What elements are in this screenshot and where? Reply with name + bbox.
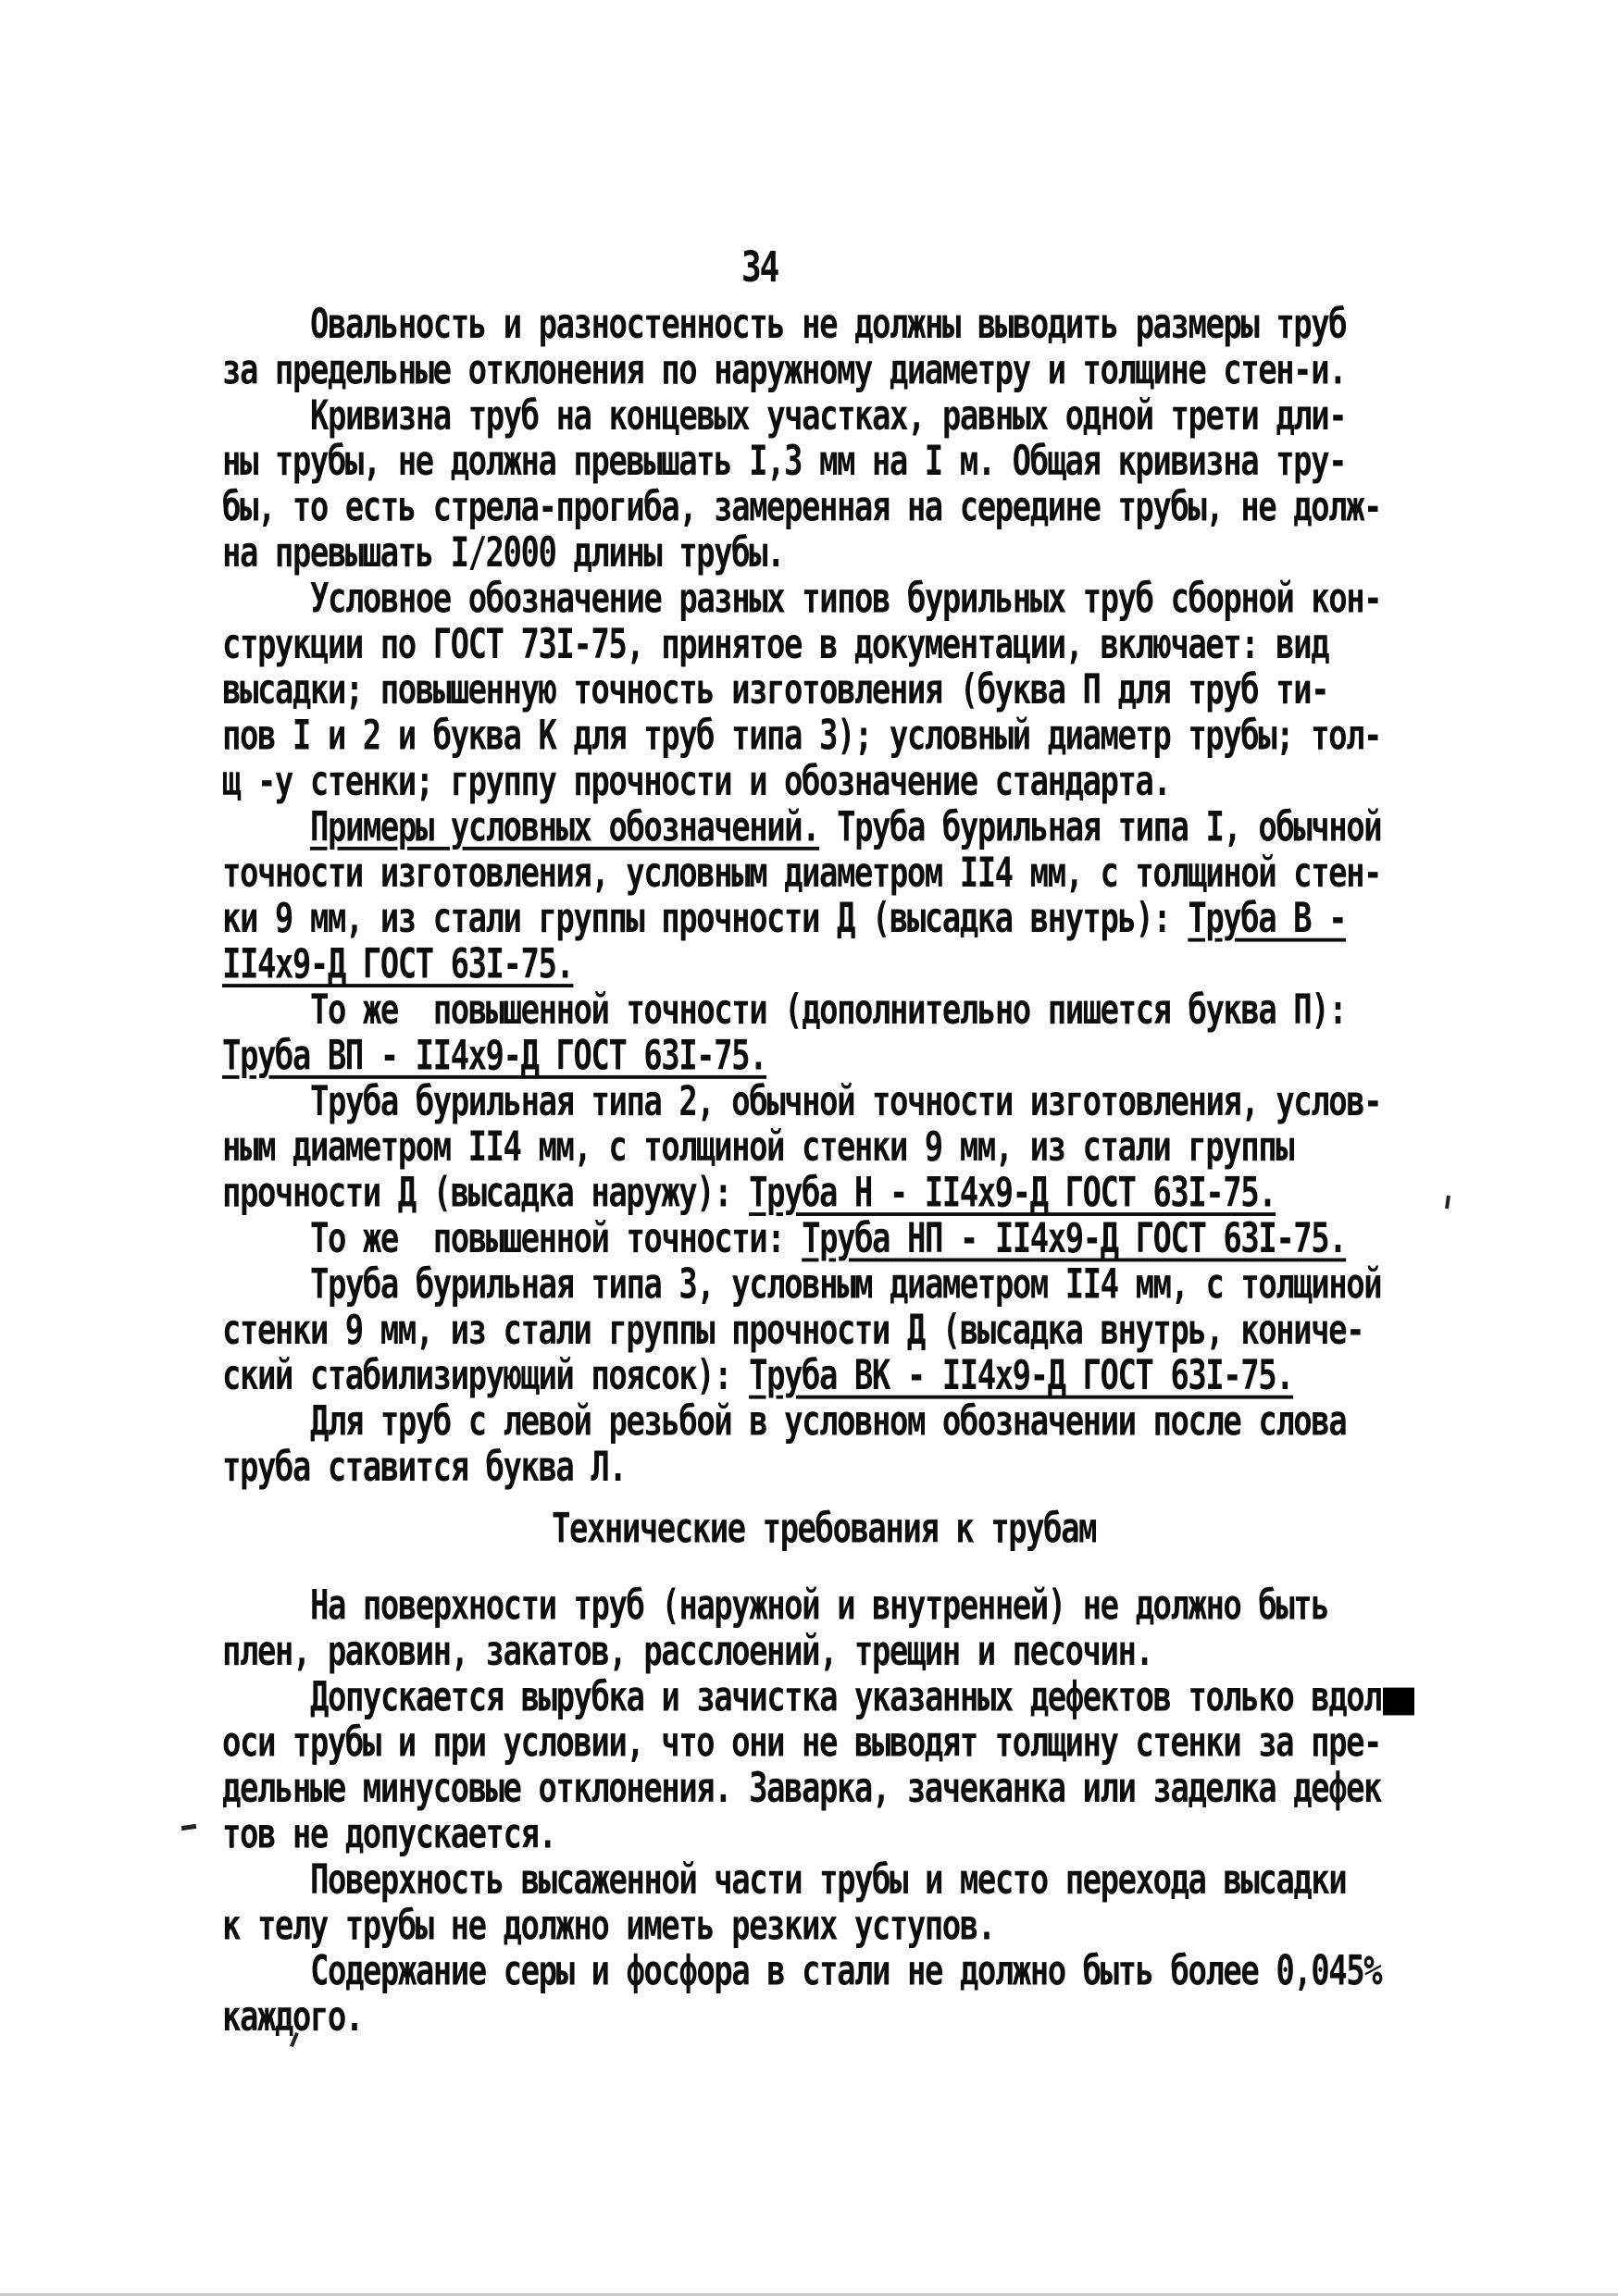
text-line: Труба бурильная типа 3, условным диаметр…: [222, 1261, 1425, 1307]
text-segment: Поверхность высаженной части трубы и мес…: [310, 1856, 1346, 1905]
underlined-designation: Труба Н - II4х9-Д ГОСТ 63I-75.: [749, 1169, 1276, 1217]
text-line: Условное обозначение разных типов буриль…: [222, 576, 1425, 621]
scan-artifact-stray-dash: [181, 1824, 197, 1831]
text-segment: дельные минусовые отклонения. Заварка, з…: [222, 1765, 1381, 1813]
text-line: щ -у стенки; группу прочности и обозначе…: [222, 759, 1425, 804]
page-number: 34: [741, 244, 778, 292]
text-segment: бы, то есть стрела-прогиба, замеренная н…: [222, 483, 1381, 531]
text-segment: труба ставится буква Л.: [222, 1444, 626, 1492]
text-line: точности изготовления, условным диаметро…: [222, 850, 1425, 896]
text-line: плен, раковин, закатов, расслоений, трещ…: [222, 1629, 1425, 1674]
text-line: Допускается вырубка и зачистка указанных…: [222, 1674, 1425, 1719]
text-line: ным диаметром II4 мм, с толщиной стенки …: [222, 1124, 1425, 1170]
text-segment: Труба бурильная типа 3, условным диаметр…: [310, 1260, 1381, 1309]
text-segment: На поверхности труб (наружной и внутренн…: [310, 1582, 1328, 1630]
paragraph: Кривизна труб на концевых участках, равн…: [222, 393, 1425, 577]
text-segment: ным диаметром II4 мм, с толщиной стенки …: [222, 1123, 1293, 1172]
text-line: прочности Д (высадка наружу): Труба Н - …: [222, 1171, 1425, 1216]
text-segment: Овальность и разностенность не должны вы…: [310, 301, 1346, 349]
paragraph: Условное обозначение разных типов буриль…: [222, 576, 1425, 804]
text-line: ки 9 мм, из стали группы прочности Д (вы…: [222, 896, 1425, 941]
section-heading: Технические требования к трубам: [222, 1506, 1425, 1551]
text-segment: Для труб с левой резьбой в условном обоз…: [310, 1397, 1346, 1446]
text-line: бы, то есть стрела-прогиба, замеренная н…: [222, 485, 1425, 530]
text-segment: на превышать I/2000 длины трубы.: [222, 529, 784, 577]
text-line: каждого.: [222, 1994, 1425, 2040]
text-segment: Допускается вырубка и зачистка указанных…: [310, 1673, 1381, 1721]
text-line: Овальность и разностенность не должны вы…: [222, 302, 1425, 347]
text-line: стенки 9 мм, из стали группы прочности Д…: [222, 1308, 1425, 1353]
text-segment: за предельные отклонения по наружному ди…: [222, 346, 1346, 394]
paragraph: То же повышенной точности (дополнительно…: [222, 987, 1425, 1079]
text-segment: прочности Д (высадка наружу):: [222, 1169, 749, 1217]
text-line: труба ставится буква Л.: [222, 1445, 1425, 1490]
paragraph: Примеры условных обозначений. Труба бури…: [222, 804, 1425, 987]
underlined-designation: Примеры условных обозначений.: [310, 803, 819, 851]
text-segment: высадки; повышенную точность изготовлени…: [222, 666, 1328, 714]
underlined-designation: II4х9-Д ГОСТ 63I-75.: [222, 940, 573, 988]
paragraph: Овальность и разностенность не должны вы…: [222, 302, 1425, 393]
paragraph: Поверхность высаженной части трубы и мес…: [222, 1857, 1425, 1949]
text-segment: щ -у стенки; группу прочности и обозначе…: [222, 758, 1170, 806]
text-line: к телу трубы не должно иметь резких усту…: [222, 1903, 1425, 1948]
text-segment: Условное обозначение разных типов буриль…: [310, 575, 1381, 623]
document-body: Овальность и разностенность не должны вы…: [222, 302, 1425, 2041]
text-segment: ны трубы, не должна превышать I,3 мм на …: [222, 438, 1346, 486]
text-line: за предельные отклонения по наружному ди…: [222, 347, 1425, 392]
text-line: Содержание серы и фосфора в стали не дол…: [222, 1949, 1425, 1994]
text-line: пов I и 2 и буква К для труб типа 3); ус…: [222, 714, 1425, 759]
text-line: II4х9-Д ГОСТ 63I-75.: [222, 942, 1425, 987]
text-segment: То же повышенной точности (дополнительно…: [310, 987, 1346, 1035]
text-line: на превышать I/2000 длины трубы.: [222, 530, 1425, 576]
text-segment: плен, раковин, закатов, расслоений, трещ…: [222, 1628, 1152, 1676]
paragraph: Для труб с левой резьбой в условном обоз…: [222, 1399, 1425, 1491]
text-segment: стенки 9 мм, из стали группы прочности Д…: [222, 1306, 1363, 1354]
text-line: На поверхности труб (наружной и внутренн…: [222, 1583, 1425, 1629]
underlined-designation: Труба НП - II4х9-Д ГОСТ 63I-75.: [802, 1215, 1346, 1263]
text-line: ны трубы, не должна превышать I,3 мм на …: [222, 439, 1425, 484]
ink-blot-artifact: [1383, 1688, 1414, 1716]
paragraph: Содержание серы и фосфора в стали не дол…: [222, 1949, 1425, 2041]
text-line: высадки; повышенную точность изготовлени…: [222, 667, 1425, 713]
text-line: ский стабилизирующий поясок): Труба ВК -…: [222, 1353, 1425, 1398]
text-line: дельные минусовые отклонения. Заварка, з…: [222, 1766, 1425, 1811]
text-line: тов не допускается.: [222, 1812, 1425, 1857]
paragraph: Допускается вырубка и зачистка указанных…: [222, 1674, 1425, 1857]
text-segment: тов не допускается.: [222, 1810, 555, 1858]
paragraph: То же повышенной точности: Труба НП - II…: [222, 1216, 1425, 1261]
text-segment: Труба бурильная типа 2, обычной точности…: [310, 1078, 1381, 1126]
text-line: оси трубы и при условии, что они не выво…: [222, 1720, 1425, 1766]
text-segment: Содержание серы и фосфора в стали не дол…: [310, 1947, 1381, 1995]
text-line: струкции по ГОСТ 73I-75, принятое в доку…: [222, 622, 1425, 667]
text-line: Для труб с левой резьбой в условном обоз…: [222, 1399, 1425, 1445]
document-page: 34 Овальность и разностенность не должны…: [0, 0, 1618, 2296]
text-line: То же повышенной точности: Труба НП - II…: [222, 1216, 1425, 1261]
text-line: Примеры условных обозначений. Труба бури…: [222, 804, 1425, 850]
text-line: Труба ВП - II4х9-Д ГОСТ 63I-75.: [222, 1033, 1425, 1078]
paragraph: На поверхности труб (наружной и внутренн…: [222, 1583, 1425, 1675]
underlined-designation: Труба ВП - II4х9-Д ГОСТ 63I-75.: [222, 1032, 766, 1080]
text-line: То же повышенной точности (дополнительно…: [222, 987, 1425, 1033]
text-segment: оси трубы и при условии, что они не выво…: [222, 1719, 1381, 1767]
paragraph: Труба бурильная типа 2, обычной точности…: [222, 1079, 1425, 1216]
text-segment: ки 9 мм, из стали группы прочности Д (вы…: [222, 895, 1188, 943]
text-segment: струкции по ГОСТ 73I-75, принятое в доку…: [222, 621, 1328, 669]
text-segment: ский стабилизирующий поясок):: [222, 1352, 749, 1400]
text-segment: точности изготовления, условным диаметро…: [222, 850, 1381, 898]
underlined-designation: Труба ВК - II4х9-Д ГОСТ 63I-75.: [749, 1352, 1293, 1400]
text-line: Поверхность высаженной части трубы и мес…: [222, 1857, 1425, 1903]
text-segment: каждого.: [222, 1993, 363, 2042]
text-segment: Кривизна труб на концевых участках, равн…: [310, 392, 1346, 441]
text-segment: Труба бурильная типа I, обычной: [819, 803, 1381, 851]
text-line: Кривизна труб на концевых участках, равн…: [222, 393, 1425, 439]
text-line: Труба бурильная типа 2, обычной точности…: [222, 1079, 1425, 1124]
underlined-designation: Труба В -: [1188, 895, 1346, 943]
text-segment: к телу трубы не должно иметь резких усту…: [222, 1902, 995, 1950]
text-segment: пов I и 2 и буква К для труб типа 3); ус…: [222, 712, 1381, 760]
paragraph: Труба бурильная типа 3, условным диаметр…: [222, 1261, 1425, 1398]
scan-artifact-stray-quote: [1445, 1196, 1450, 1209]
text-segment: То же повышенной точности:: [310, 1215, 802, 1263]
